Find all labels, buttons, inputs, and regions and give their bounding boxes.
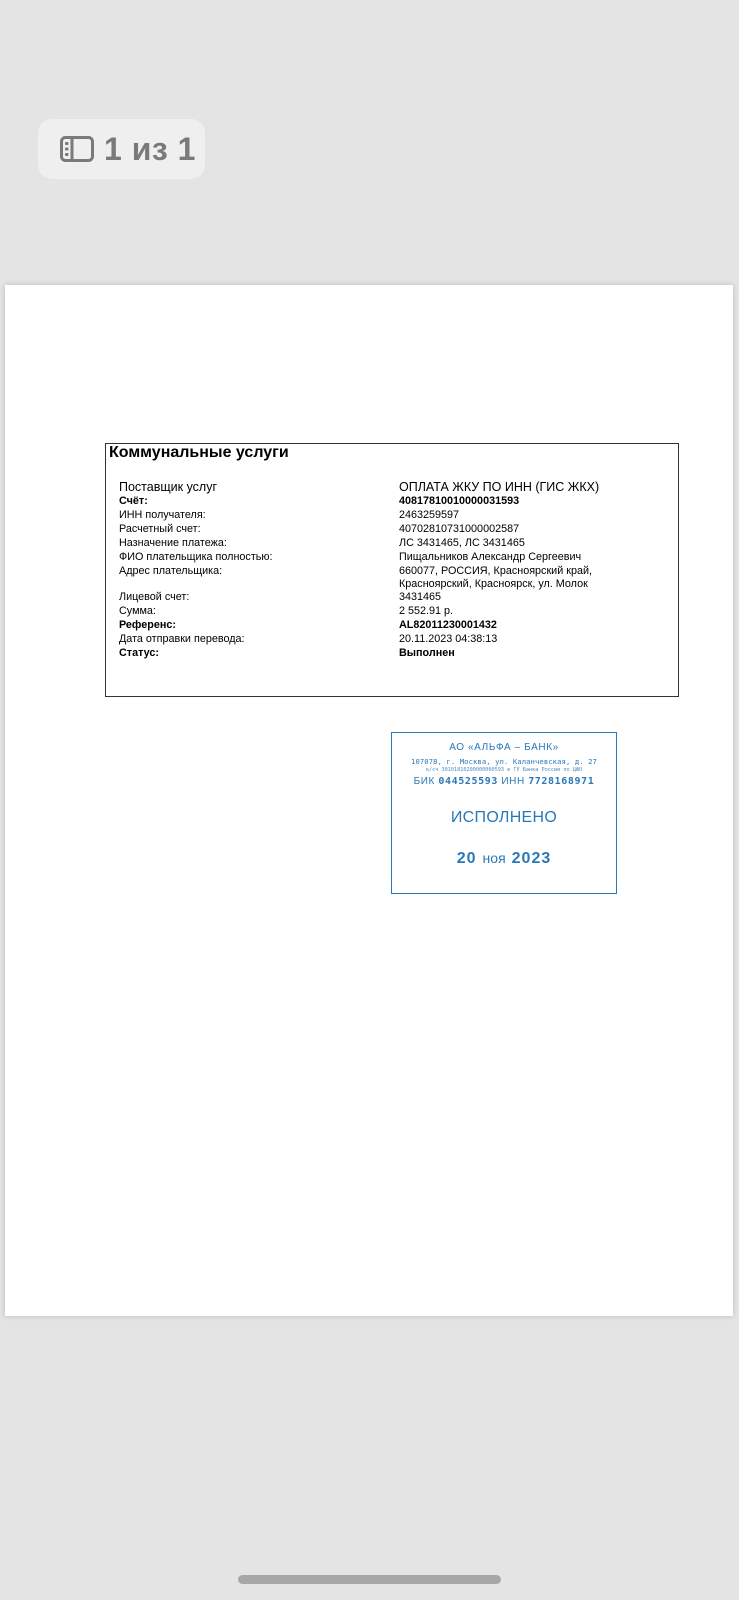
- stamp-bank-name: АО «АЛЬФА – БАНК»: [392, 742, 616, 753]
- stamp-status: ИСПОЛНЕНО: [392, 809, 616, 827]
- row-label: Расчетный счет:: [119, 523, 399, 537]
- receipt-row: Сумма:2 552.91 р.: [119, 605, 679, 619]
- stamp-date-year: 2023: [512, 850, 552, 867]
- row-value: 660077, РОССИЯ, Красноярский край,Красно…: [399, 565, 679, 591]
- row-label: Счёт:: [119, 495, 399, 509]
- stamp-bik: 044525593: [438, 776, 498, 787]
- stamp-address: 107078, г. Москва, ул. Каланчевская, д. …: [392, 757, 616, 766]
- row-value-line2: Красноярский, Красноярск, ул. Молок: [399, 578, 679, 591]
- page-counter: 1 из 1: [104, 131, 196, 168]
- bank-stamp: АО «АЛЬФА – БАНК» 107078, г. Москва, ул.…: [391, 732, 617, 894]
- stamp-bik-label: БИК: [414, 776, 435, 787]
- row-value: 20.11.2023 04:38:13: [399, 633, 679, 647]
- row-label: Поставщик услуг: [119, 480, 399, 495]
- receipt-row: Адрес плательщика:660077, РОССИЯ, Красно…: [119, 565, 679, 591]
- row-label: Лицевой счет:: [119, 591, 399, 605]
- row-value: 2463259597: [399, 509, 679, 523]
- row-label: Адрес плательщика:: [119, 565, 399, 591]
- row-value: ОПЛАТА ЖКУ ПО ИНН (ГИС ЖКХ): [399, 480, 679, 495]
- row-value: Пищальников Александр Сергеевич: [399, 551, 679, 565]
- stamp-bik-inn: БИК 044525593 ИНН 7728168971: [392, 776, 616, 787]
- receipt-title: Коммунальные услуги: [109, 444, 289, 462]
- receipt-row: Статус:Выполнен: [119, 647, 679, 661]
- stamp-corr-account: к/сч 30101810200000000593 в ГУ Банка Рос…: [392, 767, 616, 773]
- receipt-row: Расчетный счет:40702810731000002587: [119, 523, 679, 537]
- row-label: Сумма:: [119, 605, 399, 619]
- row-value: AL82011230001432: [399, 619, 679, 633]
- row-label: Статус:: [119, 647, 399, 661]
- row-value: ЛС 3431465, ЛС 3431465: [399, 537, 679, 551]
- receipt-row: ИНН получателя:2463259597: [119, 509, 679, 523]
- stamp-date: 20ноя2023: [392, 850, 616, 868]
- row-value: Выполнен: [399, 647, 679, 661]
- stamp-inn: 7728168971: [528, 776, 594, 787]
- document-page: Коммунальные услуги Поставщик услугОПЛАТ…: [5, 285, 733, 1316]
- row-value-line1: 660077, РОССИЯ, Красноярский край,: [399, 565, 679, 578]
- row-value: 40702810731000002587: [399, 523, 679, 537]
- receipt-row: Дата отправки перевода:20.11.2023 04:38:…: [119, 633, 679, 647]
- receipt-rows: Поставщик услугОПЛАТА ЖКУ ПО ИНН (ГИС ЖК…: [119, 480, 679, 660]
- row-value: 2 552.91 р.: [399, 605, 679, 619]
- row-value: 3431465: [399, 591, 679, 605]
- receipt-row: Референс:AL82011230001432: [119, 619, 679, 633]
- row-label: ФИО плательщика полностью:: [119, 551, 399, 565]
- receipt-row: ФИО плательщика полностью:Пищальников Ал…: [119, 551, 679, 565]
- receipt-row: Лицевой счет:3431465: [119, 591, 679, 605]
- row-label: Референс:: [119, 619, 399, 633]
- receipt-row: Поставщик услугОПЛАТА ЖКУ ПО ИНН (ГИС ЖК…: [119, 480, 679, 495]
- row-label: Назначение платежа:: [119, 537, 399, 551]
- stamp-date-month: ноя: [483, 850, 506, 866]
- sidebar-toggle-icon: [60, 136, 94, 162]
- stamp-date-day: 20: [457, 850, 477, 867]
- row-value: 40817810010000031593: [399, 495, 679, 509]
- receipt-row: Счёт:40817810010000031593: [119, 495, 679, 509]
- home-indicator[interactable]: [238, 1575, 501, 1584]
- stamp-inn-label: ИНН: [501, 776, 524, 787]
- row-label: Дата отправки перевода:: [119, 633, 399, 647]
- receipt-box: Коммунальные услуги Поставщик услугОПЛАТ…: [105, 443, 679, 697]
- page-counter-pill[interactable]: 1 из 1: [38, 119, 205, 179]
- receipt-row: Назначение платежа:ЛС 3431465, ЛС 343146…: [119, 537, 679, 551]
- row-label: ИНН получателя:: [119, 509, 399, 523]
